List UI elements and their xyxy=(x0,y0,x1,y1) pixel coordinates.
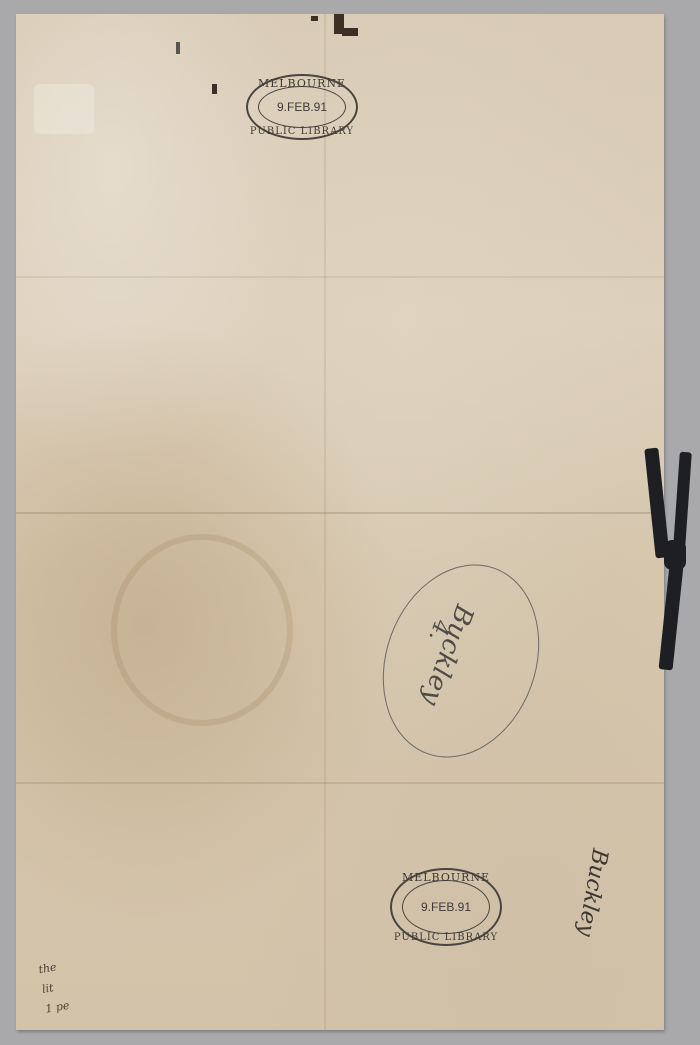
horizontal-fold-line xyxy=(16,276,664,278)
fragment-line: 1 pe xyxy=(44,996,71,1020)
library-stamp: MELBOURNE 9.FEB.91 PUBLIC LIBRARY xyxy=(390,868,502,946)
stamp-date: 9.FEB.91 xyxy=(248,100,356,114)
stamp-bottom-text: PUBLIC LIBRARY xyxy=(392,932,500,943)
horizontal-fold-line xyxy=(16,512,664,514)
water-stain xyxy=(111,534,293,726)
vertical-fold-line xyxy=(324,14,326,1030)
stamp-top-text: MELBOURNE xyxy=(248,77,356,90)
ink-blot xyxy=(311,16,318,21)
stamp-top-text: MELBOURNE xyxy=(392,871,500,884)
ink-blot xyxy=(342,28,358,36)
ink-blot xyxy=(176,42,180,54)
document-page xyxy=(16,14,664,1030)
stamp-bottom-text: PUBLIC LIBRARY xyxy=(248,126,356,137)
paper-repair xyxy=(34,84,94,134)
stamp-date: 9.FEB.91 xyxy=(392,900,500,914)
library-stamp: MELBOURNE 9.FEB.91 PUBLIC LIBRARY xyxy=(246,74,358,140)
horizontal-fold-line xyxy=(16,782,664,784)
ink-blot xyxy=(212,84,217,94)
